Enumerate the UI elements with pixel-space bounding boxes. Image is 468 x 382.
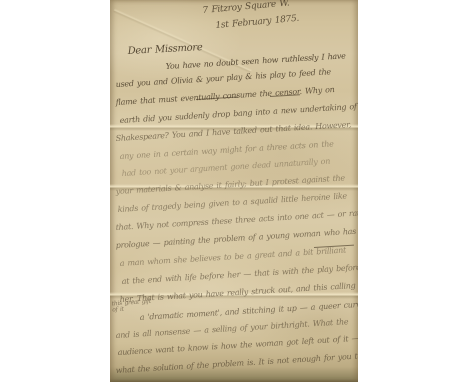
letter-line: any one in a certain way might for a thr… xyxy=(119,139,333,161)
letter-line: used you and Olivia & your play & his pl… xyxy=(115,67,331,89)
letter-line: a man whom she believes to be a great an… xyxy=(119,245,346,267)
letter-sheet: 7 Fitzroy Square W. 1st February 1875. D… xyxy=(110,0,358,382)
address-line: 7 Fitzroy Square W. xyxy=(202,0,290,16)
letter-photograph: 7 Fitzroy Square W. 1st February 1875. D… xyxy=(0,0,468,382)
date-line: 1st February 1875. xyxy=(215,14,299,31)
interline-note: this great gift of it xyxy=(112,298,157,313)
letter-line: flame that must eventually consume the c… xyxy=(115,85,334,107)
salutation: Dear Missmore xyxy=(127,42,202,57)
